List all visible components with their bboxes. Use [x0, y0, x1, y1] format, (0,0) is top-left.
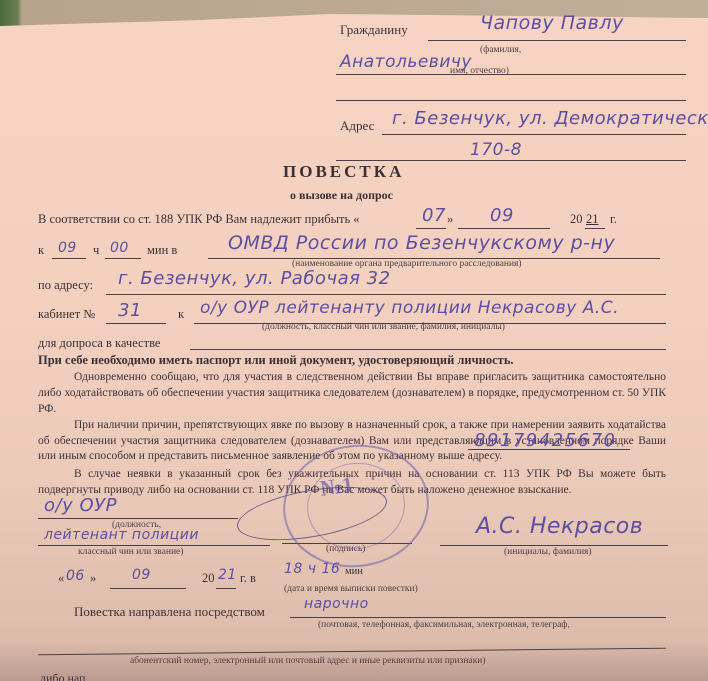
summons-year-suffix: 21	[586, 212, 599, 227]
place-line	[106, 294, 666, 295]
name-caption: (инициалы, фамилия)	[504, 547, 592, 557]
summons-text: В соответствии со ст. 188 УПК РФ Вам над…	[38, 212, 360, 227]
role-label: для допроса в качестве	[38, 336, 160, 351]
issued-quote-close: »	[90, 571, 96, 586]
recipient-caption-1: (фамилия,	[480, 45, 521, 55]
investigation-organ: ОМВД России по Безенчукскому р-ну	[228, 232, 615, 254]
issued-year-suffix: 21	[218, 567, 237, 583]
document-subtitle: о вызове на допрос	[290, 188, 393, 203]
issued-caption: (дата и время выписки повестки)	[284, 584, 418, 594]
delivery-line	[290, 617, 666, 618]
officer-value: о/у ОУР лейтенанту полиции Некрасову А.С…	[200, 298, 619, 318]
paragraph-defender: Одновременно сообщаю, что для участия в …	[38, 369, 666, 417]
id-notice: При себе необходимо иметь паспорт или ин…	[38, 353, 514, 368]
recipient-surname-name: Чапову Павлу	[480, 12, 624, 34]
to-label: к	[178, 307, 184, 322]
issued-time: 18 ч 16	[284, 561, 340, 577]
issued-month: 09	[132, 567, 151, 583]
stamp-number: №1	[318, 471, 354, 501]
summons-month-line	[458, 228, 550, 229]
summons-year-end: г.	[610, 212, 617, 227]
address-line-1	[382, 134, 686, 135]
issued-year-line	[216, 588, 236, 589]
rank-line	[38, 545, 270, 546]
document-title: ПОВЕСТКА	[283, 162, 404, 182]
address-value-2: 170-8	[470, 140, 522, 160]
summons-month: 09	[490, 205, 514, 226]
summons-year-prefix: 20	[570, 212, 583, 227]
hour-label: ч	[93, 243, 99, 258]
stamp-inner-ring	[301, 457, 410, 556]
officer-name-signature: А.С. Некрасов	[476, 514, 643, 539]
name-line	[440, 545, 668, 546]
delivery-next-line: либо нап	[40, 671, 86, 681]
rank-caption: классный чин или звание)	[78, 547, 183, 557]
place-value: г. Безенчук, ул. Рабочая 32	[118, 268, 391, 289]
delivery-label: Повестка направлена посредством	[74, 604, 265, 620]
place-label: по адресу:	[38, 278, 93, 293]
recipient-line-3	[336, 100, 686, 101]
recipient-label: Гражданину	[340, 22, 408, 38]
summons-minute: 00	[110, 240, 129, 256]
recipient-line-2	[336, 74, 686, 75]
delivery-method: нарочно	[304, 596, 369, 612]
summons-year-line	[585, 228, 605, 229]
position-value: о/у ОУР	[44, 495, 117, 516]
recipient-line-1	[428, 40, 686, 41]
delivery-caption-1: (почтовая, телефонная, факсимильная, эле…	[318, 620, 570, 630]
delivery-caption-2: абонентский номер, электронный или почто…	[130, 656, 486, 666]
issued-quote-open: «	[58, 571, 64, 586]
phone-number: 89179425670	[474, 430, 616, 451]
issued-month-line	[110, 588, 186, 589]
issued-year-prefix: 20	[202, 571, 215, 586]
issued-year-label: г. в	[240, 571, 256, 586]
address-value-1: г. Безенчук, ул. Демократическая	[392, 108, 708, 129]
officer-caption: (должность, классный чин или звание, фам…	[262, 322, 505, 332]
position-line	[38, 518, 238, 519]
time-prefix: к	[38, 243, 44, 258]
office-line	[106, 323, 166, 324]
address-label: Адрес	[340, 118, 374, 134]
issued-minute-label: мин	[345, 566, 363, 577]
minute-line	[105, 258, 141, 259]
role-line	[190, 349, 666, 350]
office-label: кабинет №	[38, 307, 95, 322]
recipient-caption-2: имя, отчество)	[450, 66, 509, 76]
summons-quote-close: »	[447, 212, 453, 227]
summons-hour: 09	[58, 240, 77, 256]
address-line-2	[336, 160, 686, 161]
issued-day: 06	[66, 568, 85, 584]
rank-value: лейтенант полиции	[44, 527, 199, 543]
office-number: 31	[118, 300, 142, 321]
summons-day-line	[416, 228, 446, 229]
minute-label: мин в	[147, 243, 177, 258]
hour-line	[52, 258, 86, 259]
summons-day: 07	[422, 205, 446, 226]
